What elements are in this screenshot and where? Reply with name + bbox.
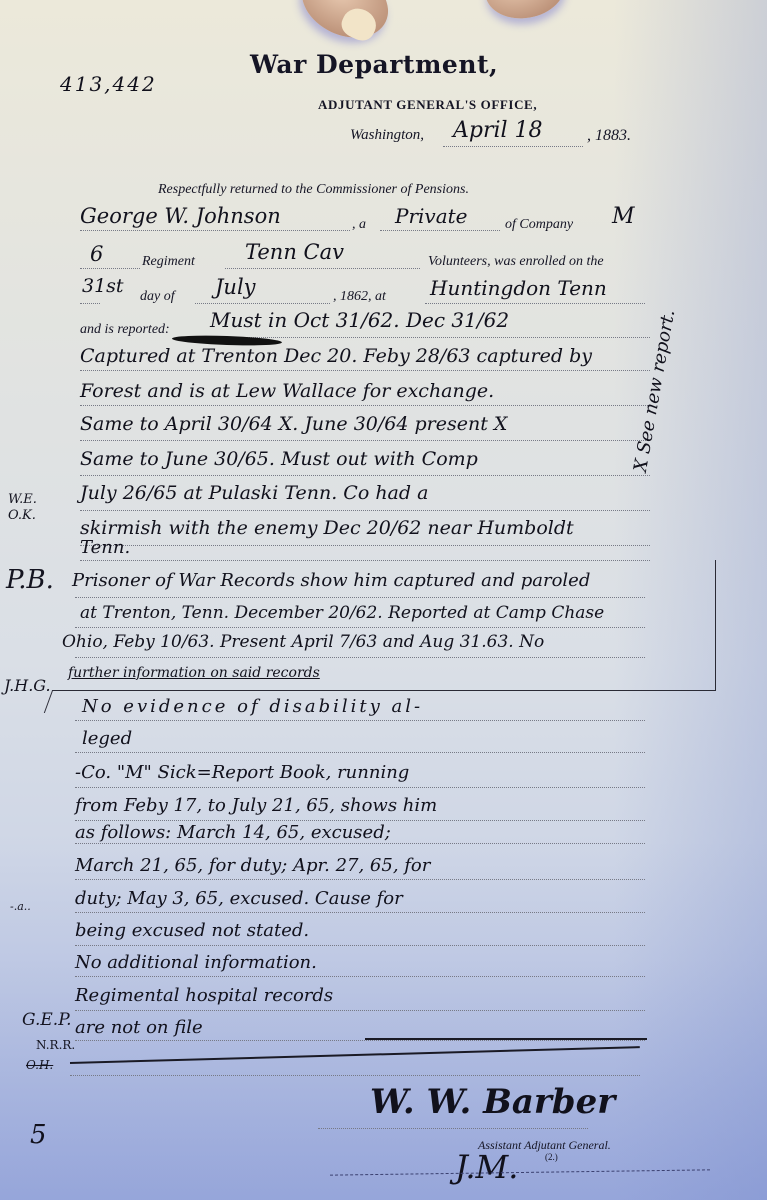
record-line-6: skirmish with the enemy Dec 20/62 near H…	[80, 517, 574, 539]
closing-line-1	[365, 1038, 647, 1040]
finger-right	[481, 0, 570, 25]
margin-note-pb: P.B.	[6, 565, 54, 595]
medical-line-2: leged	[82, 728, 132, 749]
form-code: (2.)	[545, 1152, 558, 1162]
soldier-name: George W. Johnson	[80, 204, 281, 228]
margin-note-gep: G.E.P.	[22, 1010, 72, 1030]
margin-note-ok: W.E. O.K.	[8, 492, 48, 524]
record-line-2: Forest and is at Lew Wallace for exchang…	[80, 380, 494, 402]
signature-name: W. W. Barber	[370, 1082, 615, 1122]
place-label: Washington,	[350, 127, 424, 144]
record-line-3: Same to April 30/64 X. June 30/64 presen…	[80, 413, 507, 435]
regiment-name: Tenn Cav	[245, 240, 344, 264]
medical-line-10: Regimental hospital records	[75, 985, 333, 1006]
closing-line-2	[70, 1046, 640, 1064]
label-company: of Company	[505, 217, 573, 233]
rank: Private	[395, 204, 468, 228]
medical-line-7: duty; May 3, 65, excused. Cause for	[75, 888, 403, 909]
regiment-number: 6	[90, 242, 103, 266]
medical-line-4: from Feby 17, to July 21, 65, shows him	[75, 795, 437, 816]
medical-line-9: No additional information.	[75, 952, 317, 973]
year-label: , 1883.	[587, 127, 631, 145]
report-first-line: Must in Oct 31/62. Dec 31/62	[210, 308, 509, 332]
medical-line-3: -Co. "M" Sick=Report Book, running	[75, 762, 409, 783]
record-line-1: Captured at Trenton Dec 20. Feby 28/63 c…	[80, 345, 592, 367]
office-heading: ADJUTANT GENERAL'S OFFICE,	[318, 97, 537, 113]
label-volunteers: Volunteers, was enrolled on the	[428, 254, 604, 270]
medical-line-11: are not on file	[75, 1017, 203, 1038]
page-number: 5	[30, 1120, 47, 1150]
enroll-place: Huntingdon Tenn	[430, 276, 607, 300]
file-number: 413,442	[60, 72, 157, 96]
right-margin-note: X See new report.	[630, 308, 679, 474]
enroll-month: July	[215, 275, 256, 299]
label-regiment-text: Regiment	[142, 254, 195, 270]
countersignature: J.M.	[455, 1148, 518, 1186]
record-line-5: July 26/65 at Pulaski Tenn. Co had a	[80, 482, 428, 504]
label-a: , a	[352, 217, 366, 233]
enroll-year: , 1862, at	[333, 289, 386, 305]
margin-note-jhg: J.H.G.	[4, 678, 44, 693]
margin-note-dash: -.a..	[10, 900, 31, 913]
date-handwritten: April 18	[453, 118, 543, 143]
label-day-of: day of	[140, 289, 175, 305]
medical-line-5: as follows: March 14, 65, excused;	[75, 822, 391, 843]
medical-line-6: March 21, 65, for duty; Apr. 27, 65, for	[75, 855, 430, 876]
salutation: Respectfully returned to the Commissione…	[158, 182, 469, 198]
pow-line-3: Ohio, Feby 10/63. Present April 7/63 and…	[62, 632, 544, 652]
medical-line-8: being excused not stated.	[75, 920, 309, 941]
label-reported: and is reported:	[80, 322, 170, 338]
pow-line-1: Prisoner of War Records show him capture…	[72, 570, 590, 591]
pow-line-2: at Trenton, Tenn. December 20/62. Report…	[80, 603, 604, 623]
company-letter: M	[612, 204, 635, 229]
record-line-7: Tenn.	[80, 537, 130, 558]
record-line-4: Same to June 30/65. Must out with Comp	[80, 448, 478, 470]
finger-left	[290, 0, 399, 51]
enroll-day: 31st	[82, 275, 124, 297]
pow-line-4: further information on said records	[68, 665, 320, 681]
margin-note-oh: O.H.	[26, 1058, 53, 1072]
medical-line-1: No evidence of disability al-	[82, 696, 423, 717]
department-heading: War Department,	[250, 50, 498, 79]
margin-note-nrr: N.R.R.	[36, 1038, 75, 1052]
